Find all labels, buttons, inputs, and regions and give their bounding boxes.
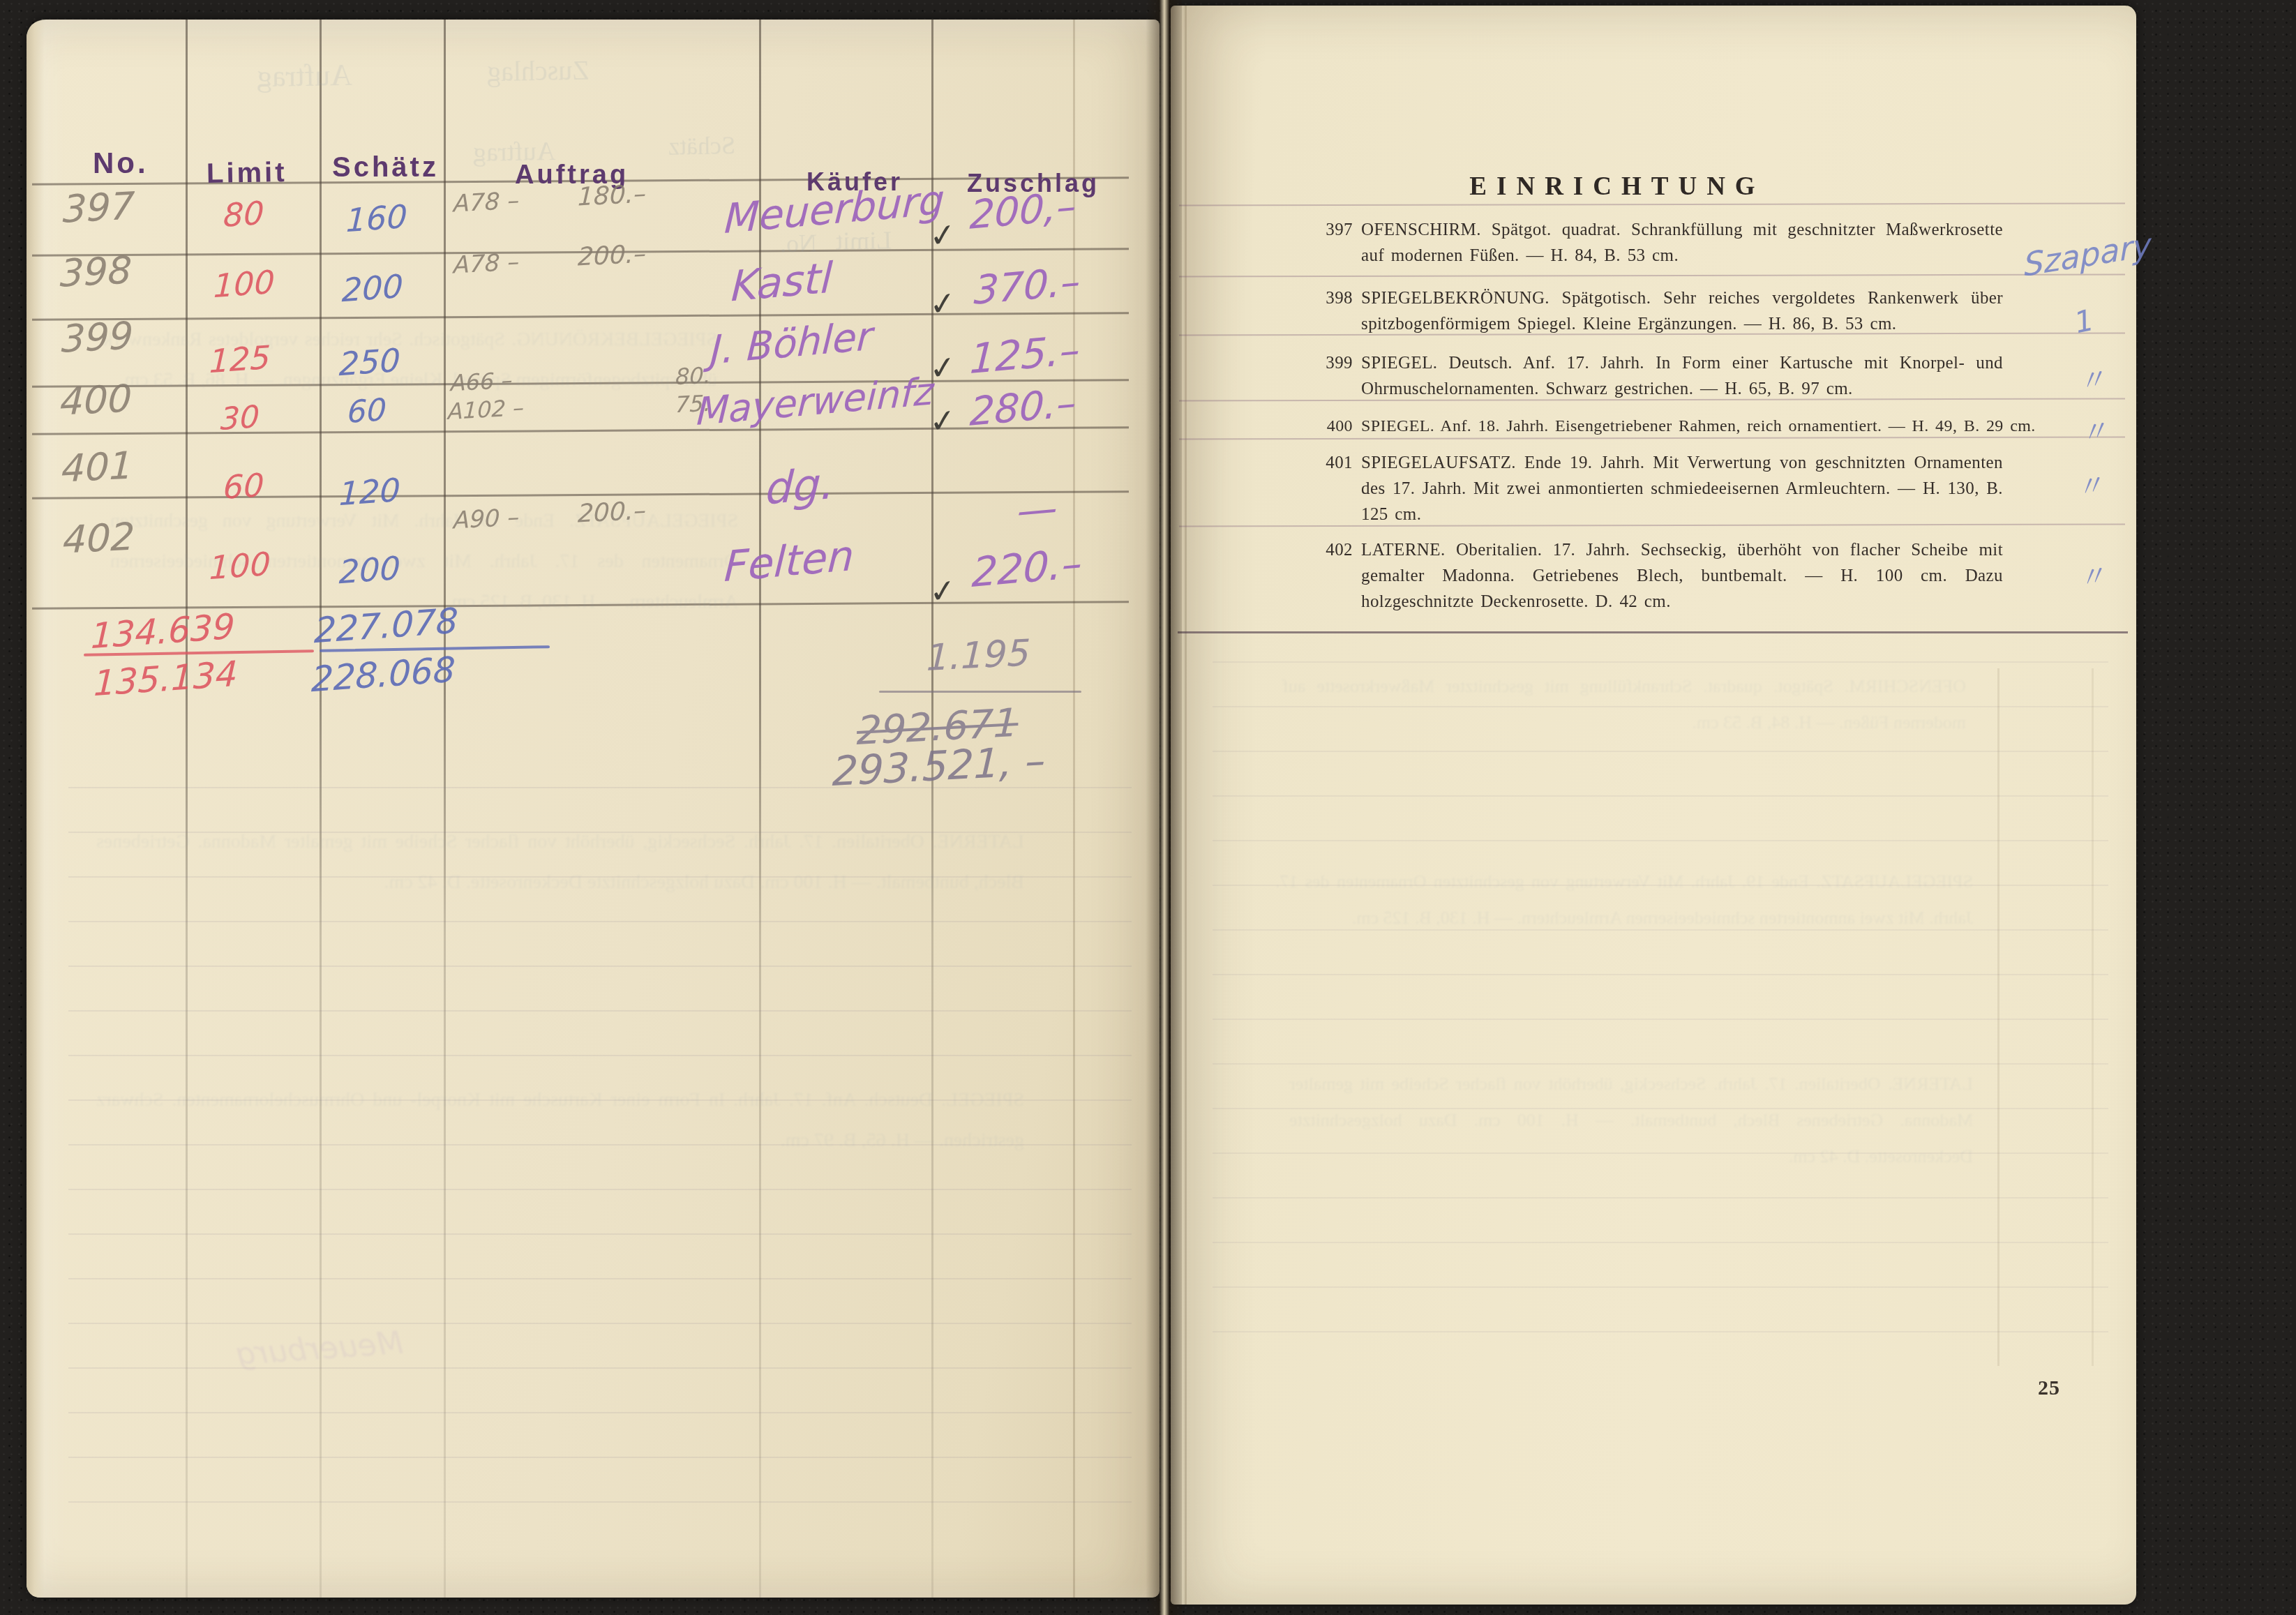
zuschlag-subtotal: 1.195 [926,632,1031,679]
column-header-no: No. [93,147,149,180]
schaetz-sum-corrected: 228.068 [310,649,456,700]
entry-number: 399 [1300,350,1353,376]
catalog-entry: 400SPIEGEL. Anf. 18. Jahrh. Eisengetrieb… [1300,414,2036,440]
checkmark: ✓ [927,571,958,611]
entry-number: 397 [1300,217,1353,243]
lot-number: 397 [62,183,135,232]
catalog-page-right: EINRICHTUNG 397OFENSCHIRM. Spätgot. quad… [1171,6,2136,1605]
page-number: 25 [2038,1376,2060,1400]
entry-text: SPIEGEL. Anf. 18. Jahrh. Eisengetriebene… [1361,417,2036,435]
auftrag-ref: A78 – [453,186,520,218]
auftrag-ref: A78 – [453,248,520,279]
buyer-name: J. Böhler [710,314,874,374]
column-header-limit: Limit [207,157,287,190]
entry-number: 402 [1300,537,1353,563]
catalog-entry: 399SPIEGEL. Deutsch. Anf. 17. Jahrh. In … [1300,350,2003,402]
bleedthrough-ruling [1213,661,2108,1373]
bleedthrough-paragraph: SPIEGELBEKRÖNUNG. Spätgotisch. Sehr reic… [103,320,717,400]
schaetz-value: 160 [345,197,407,239]
entry-text: LATERNE. Oberitalien. 17. Jahrh. Sechsec… [1361,541,2003,611]
bleedthrough-ruling [68,787,1132,1526]
limit-sum-corrected: 135.134 [93,654,238,705]
table-row-line [32,490,1129,499]
buyer-name: Felten [723,532,856,592]
bleedthrough-column-line [2092,668,2094,1366]
entry-text: OFENSCHIRM. Spätgot. quadrat. Schrankfül… [1361,220,2003,265]
zuschlag-value: 280.– [969,380,1078,435]
column-header-schaetz: Schätz [332,152,439,183]
catalog-entry: 402LATERNE. Oberitalien. 17. Jahrh. Sech… [1300,537,2003,615]
bleedthrough-text: Limit [836,225,892,255]
entry-number: 401 [1300,450,1353,476]
margin-ditto-mark: 〃 [2076,408,2110,452]
bleedthrough-text: Zuschlag [487,54,590,89]
checkmark: ✓ [927,400,958,441]
entry-text: SPIEGELAUFSATZ. Ende 19. Jahrh. Mit Verw… [1361,453,2003,524]
auftrag-amount: 200.– [577,239,646,271]
section-end-rule [1178,631,2128,633]
book-spread-photo: No. Limit Schätz Auftrag Käufer Zuschlag… [0,0,2296,1615]
lot-number: 401 [61,443,134,491]
zuschlag-value: 125.– [969,326,1081,383]
lot-number: 398 [59,248,133,296]
entry-rule [1179,274,2125,278]
margin-ditto-mark: 1 [2071,303,2096,340]
auftrag-amount: 180.– [577,179,646,211]
checkmark: ✓ [927,283,958,324]
table-row-line [32,426,1129,435]
margin-ditto-mark: 〃 [2074,356,2108,400]
entry-number: 398 [1300,285,1353,311]
ledger-page-left: No. Limit Schätz Auftrag Käufer Zuschlag… [27,20,1160,1598]
buyer-name: Meuerburg [723,176,946,243]
bleedthrough-column-line [1997,668,1999,1366]
zuschlag-value: 220.– [971,539,1083,596]
limit-value: 30 [220,399,260,437]
zuschlag-value: 200,– [969,183,1078,239]
page-crease [1185,6,1187,1605]
bleedthrough-text: Auftrag [473,136,556,168]
catalog-entry: 398SPIEGELBEKRÖNUNG. Spätgotisch. Sehr r… [1300,285,2003,337]
bleedthrough-text: No. [780,229,818,259]
buyer-name: Kastl [730,253,834,311]
entry-text: SPIEGELBEKRÖNUNG. Spätgotisch. Sehr reic… [1361,289,2003,333]
buyer-name: dg. [765,457,836,514]
bleedthrough-text: Auftrag [257,57,353,94]
buyer-name: Mayerweinfz [696,369,935,434]
catalog-entry: 397OFENSCHIRM. Spätgot. quadrat. Schrank… [1300,217,2003,269]
entry-rule [1179,203,2125,206]
zuschlag-value: — [1016,483,1058,535]
bleedthrough-paragraph: SPIEGELAUFSATZ. Ende 19. Jahrh. Mit Verw… [110,501,738,622]
limit-value: 100 [213,263,275,305]
subtotal-underline [879,691,1081,693]
catalog-entry: 401SPIEGELAUFSATZ. Ende 19. Jahrh. Mit V… [1300,450,2003,527]
checkmark: ✓ [927,215,958,255]
bleedthrough-text: Schätz [668,130,736,161]
entry-number: 400 [1300,414,1353,440]
margin-ditto-mark: 〃 [2074,553,2108,597]
zuschlag-value: 370.– [973,259,1082,314]
section-title: EINRICHTUNG [1275,172,1959,202]
schaetz-value: 200 [341,267,403,309]
margin-ditto-mark: 〃 [2072,463,2106,506]
entry-text: SPIEGEL. Deutsch. Anf. 17. Jahrh. In For… [1361,354,2003,398]
limit-value: 80 [223,194,264,234]
